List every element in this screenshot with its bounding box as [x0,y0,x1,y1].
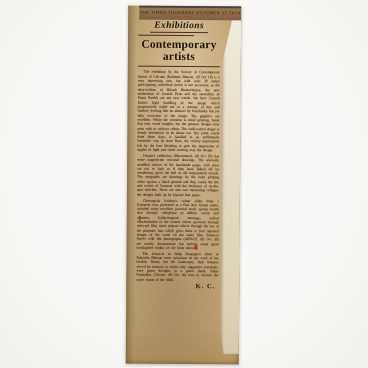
red-pen-mark [139,216,141,221]
divider-rule [150,32,208,33]
article-paragraph: The exhibition by the Society of Contemp… [137,70,220,153]
newspaper-clipping: THE TIMES THURSDAY OCTOBER 17 1974 Exhib… [126,6,241,365]
article-paragraph: Chitrangada Krishna's colour slides from… [137,198,219,250]
divider-rule [138,35,194,36]
byline-initials: K. C. [136,283,218,291]
headline: Contemporaryartists [138,40,220,64]
red-pen-mark [195,245,198,249]
headline-line-1: Contemporary [141,39,216,52]
backing-paper-edge [220,17,241,354]
divider-rule [138,66,220,68]
photo-background: THE TIMES THURSDAY OCTOBER 17 1974 Exhib… [0,0,368,368]
section-header: Exhibitions [138,21,220,32]
article-paragraph: Husain's exhibition (Dhoomimal, till Oct… [137,154,219,198]
article-column: Exhibitions Contemporaryartists The exhi… [136,19,220,362]
article-body: The exhibition by the Society of Contemp… [136,70,219,282]
headline-line-2: artists [163,51,195,63]
article-paragraph: The abstracts in Dilip Dasgupta's show a… [136,251,218,282]
